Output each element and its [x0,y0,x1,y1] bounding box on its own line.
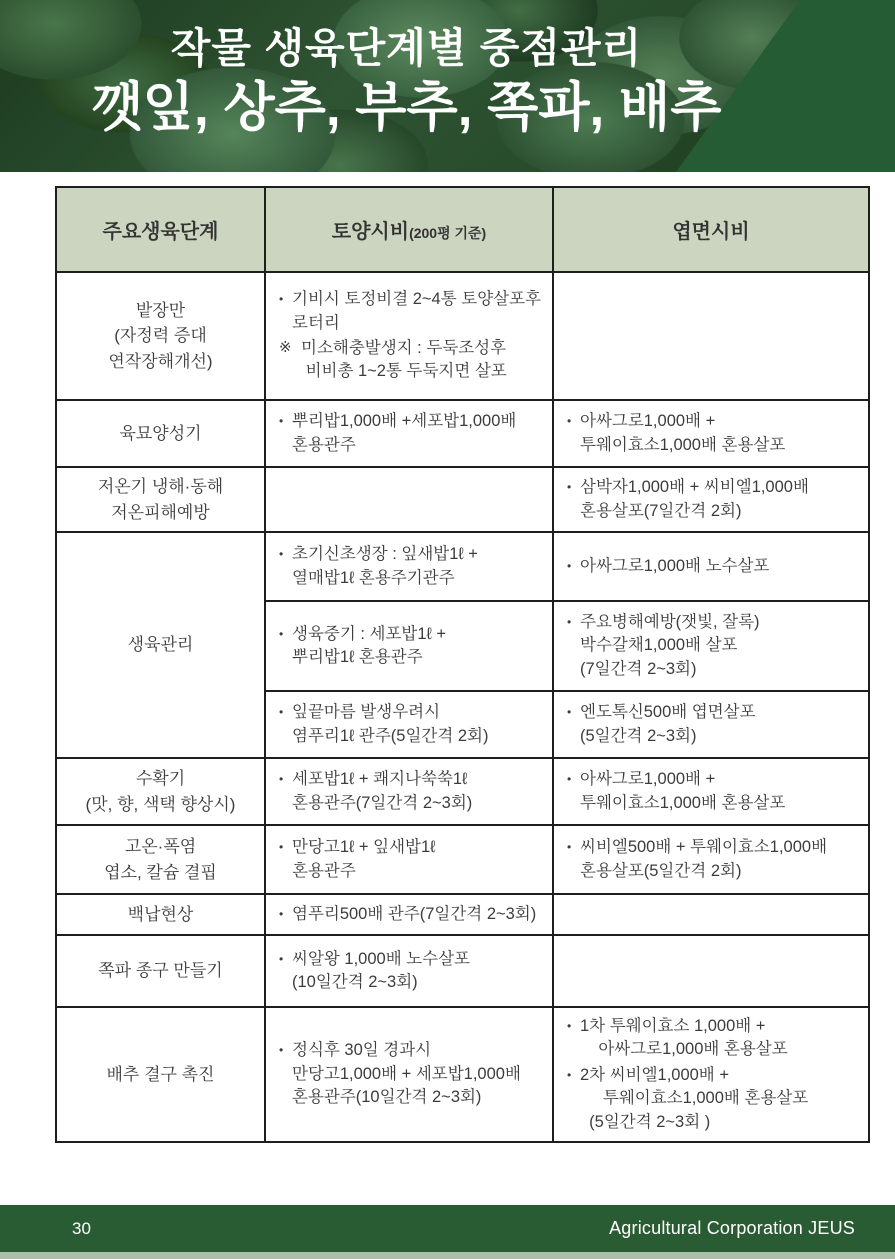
column-header-foliar: 엽면시비 [553,187,869,272]
bullet-marker: • [567,555,580,578]
table-header: 주요생육단계 토양시비(200평 기준) 엽면시비 [56,187,869,272]
item-text: 뿌리밥1,000배 +세포밥1,000배 혼용관주 [292,410,546,457]
growth-table-body: 밭장만 (자정력 증대 연작장해개선)•기비시 토정비결 2~4통 토양살포후 … [56,272,869,1142]
bullet-marker: • [279,948,292,995]
footer-accent-strip [0,1252,895,1259]
bullet-marker: • [279,836,292,883]
bullet-marker: • [567,611,580,681]
growth-management-table: 주요생육단계 토양시비(200평 기준) 엽면시비 밭장만 (자정력 증대 연작… [55,186,870,1143]
foliar-fertilizer-cell [553,935,869,1007]
bullet-marker: • [279,410,292,457]
bullet-marker: • [279,701,292,748]
item-text: 정식후 30일 경과시 만당고1,000배 + 세포밥1,000배 혼용관주(1… [292,1039,546,1109]
cell-item: •만당고1ℓ + 잎새밥1ℓ 혼용관주 [279,836,546,883]
brochure-page: 작물 생육단계별 중점관리 깻잎, 상추, 부추, 쪽파, 배추 주요생육단계 … [0,0,895,1259]
foliar-fertilizer-cell: •주요병해예방(잿빛, 잘록) 박수갈채1,000배 살포 (7일간격 2~3회… [553,601,869,691]
stage-cell: 쪽파 종구 만들기 [56,935,265,1007]
soil-fertilizer-cell: •염푸리500배 관주(7일간격 2~3회) [265,894,553,935]
soil-fertilizer-cell: •생육중기 : 세포밥1ℓ + 뿌리밥1ℓ 혼용관주 [265,601,553,691]
cell-item: •생육중기 : 세포밥1ℓ + 뿌리밥1ℓ 혼용관주 [279,623,546,670]
bullet-marker: • [567,476,580,523]
stage-cell: 고온·폭염 엽소, 칼슘 결핍 [56,825,265,894]
table-row: 백납현상•염푸리500배 관주(7일간격 2~3회) [56,894,869,935]
foliar-fertilizer-cell: •아싸그로1,000배 + 투웨이효소1,000배 혼용살포 [553,758,869,825]
item-text: 만당고1ℓ + 잎새밥1ℓ 혼용관주 [292,836,546,883]
item-text: 아싸그로1,000배 + 투웨이효소1,000배 혼용살포 [580,768,862,815]
column-header-soil-label: 토양시비 [332,221,409,243]
stage-cell: 백납현상 [56,894,265,935]
table-row: 생육관리•초기신초생장 : 잎새밥1ℓ + 열매밥1ℓ 혼용주기관주•아싸그로1… [56,532,869,601]
soil-fertilizer-cell: •초기신초생장 : 잎새밥1ℓ + 열매밥1ℓ 혼용주기관주 [265,532,553,601]
item-text: 기비시 토정비결 2~4통 토양살포후 로터리 [292,288,546,335]
item-text: 염푸리500배 관주(7일간격 2~3회) [292,903,546,926]
item-text: 아싸그로1,000배 + 투웨이효소1,000배 혼용살포 [580,410,862,457]
cell-item: •씨비엘500배 + 투웨이효소1,000배 혼용살포(5일간격 2회) [567,836,862,883]
column-header-stage: 주요생육단계 [56,187,265,272]
item-text: 생육중기 : 세포밥1ℓ + 뿌리밥1ℓ 혼용관주 [292,623,546,670]
header-row: 주요생육단계 토양시비(200평 기준) 엽면시비 [56,187,869,272]
cell-item: •주요병해예방(잿빛, 잘록) 박수갈채1,000배 살포 (7일간격 2~3회… [567,611,862,681]
bullet-marker: • [567,410,580,457]
soil-fertilizer-cell: •만당고1ℓ + 잎새밥1ℓ 혼용관주 [265,825,553,894]
item-text: 아싸그로1,000배 노수살포 [580,555,862,578]
column-header-soil-suffix: (200평 기준) [409,225,486,241]
foliar-fertilizer-cell: •엔도톡신500배 엽면살포 (5일간격 2~3회) [553,691,869,758]
soil-fertilizer-cell: •정식후 30일 경과시 만당고1,000배 + 세포밥1,000배 혼용관주(… [265,1007,553,1142]
column-header-stage-label: 주요생육단계 [103,221,219,243]
stage-cell: 밭장만 (자정력 증대 연작장해개선) [56,272,265,400]
bullet-marker: • [567,768,580,815]
item-text: 세포밥1ℓ + 쾌지나쑥쑥1ℓ 혼용관주(7일간격 2~3회) [292,768,546,815]
bullet-marker: • [279,1039,292,1109]
cell-item: •초기신초생장 : 잎새밥1ℓ + 열매밥1ℓ 혼용주기관주 [279,543,546,590]
page-number: 30 [72,1219,91,1239]
note-marker: ※ [279,337,301,384]
item-text: 미소해충발생지 : 두둑조성후 비비총 1~2통 두둑지면 살포 [301,337,546,384]
cell-item: •씨알왕 1,000배 노수살포 (10일간격 2~3회) [279,948,546,995]
table-row: 쪽파 종구 만들기•씨알왕 1,000배 노수살포 (10일간격 2~3회) [56,935,869,1007]
soil-fertilizer-cell: •세포밥1ℓ + 쾌지나쑥쑥1ℓ 혼용관주(7일간격 2~3회) [265,758,553,825]
cell-item: •잎끝마름 발생우려시 염푸리1ℓ 관주(5일간격 2회) [279,701,546,748]
growth-management-table-wrap: 주요생육단계 토양시비(200평 기준) 엽면시비 밭장만 (자정력 증대 연작… [55,186,870,1143]
cell-item: •염푸리500배 관주(7일간격 2~3회) [279,903,546,926]
footer-bar: 30 Agricultural Corporation JEUS [0,1205,895,1252]
soil-fertilizer-cell: •뿌리밥1,000배 +세포밥1,000배 혼용관주 [265,400,553,467]
cell-item: ※미소해충발생지 : 두둑조성후 비비총 1~2통 두둑지면 살포 [279,337,546,384]
soil-fertilizer-cell: •잎끝마름 발생우려시 염푸리1ℓ 관주(5일간격 2회) [265,691,553,758]
item-text: 씨알왕 1,000배 노수살포 (10일간격 2~3회) [292,948,546,995]
cell-item: •뿌리밥1,000배 +세포밥1,000배 혼용관주 [279,410,546,457]
company-name: Agricultural Corporation JEUS [609,1218,855,1239]
foliar-fertilizer-cell: •1차 투웨이효소 1,000배 + 아싸그로1,000배 혼용살포•2차 씨비… [553,1007,869,1142]
table-row: 육묘양성기•뿌리밥1,000배 +세포밥1,000배 혼용관주•아싸그로1,00… [56,400,869,467]
cell-item: •1차 투웨이효소 1,000배 + 아싸그로1,000배 혼용살포 [567,1015,862,1062]
bullet-marker: • [279,288,292,335]
cell-item: •세포밥1ℓ + 쾌지나쑥쑥1ℓ 혼용관주(7일간격 2~3회) [279,768,546,815]
bullet-marker: • [279,623,292,670]
item-text: 초기신초생장 : 잎새밥1ℓ + 열매밥1ℓ 혼용주기관주 [292,543,546,590]
item-text: 주요병해예방(잿빛, 잘록) 박수갈채1,000배 살포 (7일간격 2~3회) [580,611,862,681]
table-row: 수확기 (맛, 향, 색택 향상시)•세포밥1ℓ + 쾌지나쑥쑥1ℓ 혼용관주(… [56,758,869,825]
cell-item: •기비시 토정비결 2~4통 토양살포후 로터리 [279,288,546,335]
table-row: 고온·폭염 엽소, 칼슘 결핍•만당고1ℓ + 잎새밥1ℓ 혼용관주•씨비엘50… [56,825,869,894]
stage-cell: 수확기 (맛, 향, 색택 향상시) [56,758,265,825]
cell-item: •아싸그로1,000배 노수살포 [567,555,862,578]
bullet-marker: • [279,543,292,590]
item-text: 1차 투웨이효소 1,000배 + 아싸그로1,000배 혼용살포 [580,1015,862,1062]
cell-item: •아싸그로1,000배 + 투웨이효소1,000배 혼용살포 [567,410,862,457]
item-text: 2차 씨비엘1,000배 + 투웨이효소1,000배 혼용살포 (5일간격 2~… [580,1064,862,1134]
column-header-soil: 토양시비(200평 기준) [265,187,553,272]
cell-item: •2차 씨비엘1,000배 + 투웨이효소1,000배 혼용살포 (5일간격 2… [567,1064,862,1134]
foliar-fertilizer-cell: •씨비엘500배 + 투웨이효소1,000배 혼용살포(5일간격 2회) [553,825,869,894]
table-row: 저온기 냉해·동해 저온피해예방•삼박자1,000배 + 씨비엘1,000배 혼… [56,467,869,532]
bullet-marker: • [279,768,292,815]
hero-header: 작물 생육단계별 중점관리 깻잎, 상추, 부추, 쪽파, 배추 [0,0,895,172]
foliar-fertilizer-cell: •아싸그로1,000배 + 투웨이효소1,000배 혼용살포 [553,400,869,467]
soil-fertilizer-cell: •기비시 토정비결 2~4통 토양살포후 로터리※미소해충발생지 : 두둑조성후… [265,272,553,400]
bullet-marker: • [567,1015,580,1062]
foliar-fertilizer-cell [553,272,869,400]
item-text: 씨비엘500배 + 투웨이효소1,000배 혼용살포(5일간격 2회) [580,836,862,883]
foliar-fertilizer-cell: •아싸그로1,000배 노수살포 [553,532,869,601]
soil-fertilizer-cell [265,467,553,532]
bullet-marker: • [567,836,580,883]
item-text: 엔도톡신500배 엽면살포 (5일간격 2~3회) [580,701,862,748]
table-row: 배추 결구 촉진•정식후 30일 경과시 만당고1,000배 + 세포밥1,00… [56,1007,869,1142]
stage-cell: 배추 결구 촉진 [56,1007,265,1142]
soil-fertilizer-cell: •씨알왕 1,000배 노수살포 (10일간격 2~3회) [265,935,553,1007]
page-title: 작물 생육단계별 중점관리 [0,26,813,71]
foliar-fertilizer-cell: •삼박자1,000배 + 씨비엘1,000배 혼용살포(7일간격 2회) [553,467,869,532]
bullet-marker: • [567,701,580,748]
foliar-fertilizer-cell [553,894,869,935]
stage-cell: 생육관리 [56,532,265,758]
stage-cell: 저온기 냉해·동해 저온피해예방 [56,467,265,532]
column-header-foliar-label: 엽면시비 [672,221,749,243]
stage-cell: 육묘양성기 [56,400,265,467]
cell-item: •정식후 30일 경과시 만당고1,000배 + 세포밥1,000배 혼용관주(… [279,1039,546,1109]
cell-item: •아싸그로1,000배 + 투웨이효소1,000배 혼용살포 [567,768,862,815]
cell-item: •엔도톡신500배 엽면살포 (5일간격 2~3회) [567,701,862,748]
cell-item: •삼박자1,000배 + 씨비엘1,000배 혼용살포(7일간격 2회) [567,476,862,523]
bullet-marker: • [279,903,292,926]
item-text: 잎끝마름 발생우려시 염푸리1ℓ 관주(5일간격 2회) [292,701,546,748]
table-row: 밭장만 (자정력 증대 연작장해개선)•기비시 토정비결 2~4통 토양살포후 … [56,272,869,400]
bullet-marker: • [567,1064,580,1134]
item-text: 삼박자1,000배 + 씨비엘1,000배 혼용살포(7일간격 2회) [580,476,862,523]
page-subtitle: 깻잎, 상추, 부추, 쪽파, 배추 [0,79,813,137]
hero-title-block: 작물 생육단계별 중점관리 깻잎, 상추, 부추, 쪽파, 배추 [0,0,895,172]
